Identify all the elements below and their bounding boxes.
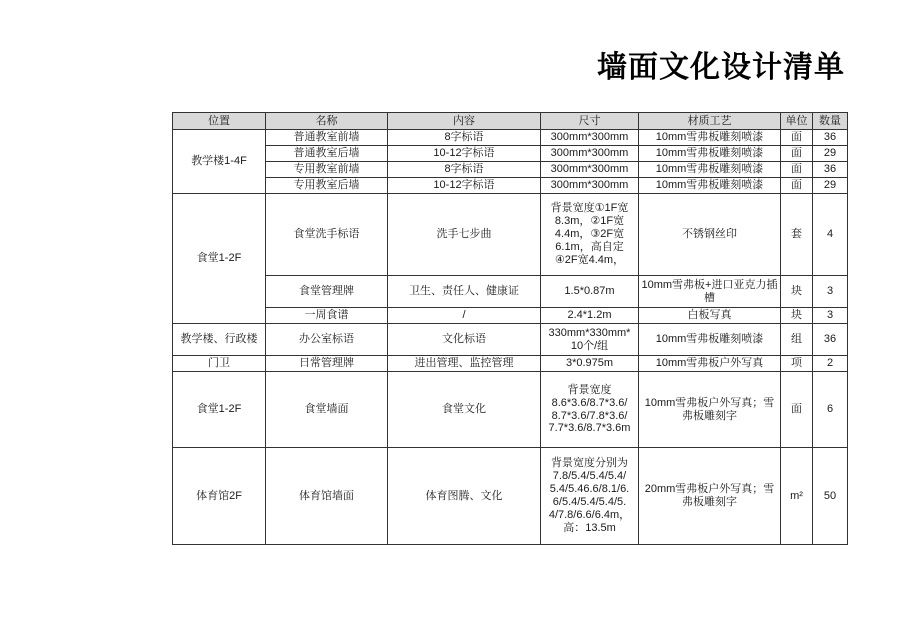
cell-size: 300mm*300mm <box>541 178 639 194</box>
cell-location: 门卫 <box>173 356 266 372</box>
cell-location: 教学楼1-4F <box>173 130 266 194</box>
cell-content: 10-12字标语 <box>388 178 541 194</box>
cell-content: 10-12字标语 <box>388 146 541 162</box>
cell-size: 1.5*0.87m <box>541 276 639 308</box>
table-row: 专用教室前墙8字标语300mm*300mm10mm雪弗板雕刻喷漆面36 <box>173 162 848 178</box>
column-header-1: 名称 <box>266 113 388 130</box>
cell-size: 3*0.975m <box>541 356 639 372</box>
cell-quantity: 4 <box>813 194 848 276</box>
cell-name: 普通教室后墙 <box>266 146 388 162</box>
cell-size: 300mm*300mm <box>541 146 639 162</box>
cell-name: 日常管理牌 <box>266 356 388 372</box>
cell-unit: 面 <box>781 372 813 448</box>
cell-location: 食堂1-2F <box>173 194 266 324</box>
cell-quantity: 6 <box>813 372 848 448</box>
column-header-0: 位置 <box>173 113 266 130</box>
cell-unit: 面 <box>781 146 813 162</box>
cell-unit: m² <box>781 448 813 545</box>
wall-culture-design-table: 位置名称内容尺寸材质工艺单位数量 教学楼1-4F普通教室前墙8字标语300mm*… <box>172 112 848 545</box>
cell-quantity: 3 <box>813 276 848 308</box>
cell-name: 食堂管理牌 <box>266 276 388 308</box>
table-header-row: 位置名称内容尺寸材质工艺单位数量 <box>173 113 848 130</box>
cell-content: 文化标语 <box>388 324 541 356</box>
cell-content: 8字标语 <box>388 162 541 178</box>
cell-location: 教学楼、行政楼 <box>173 324 266 356</box>
page-title: 墙面文化设计清单 <box>172 42 845 86</box>
cell-material: 20mm雪弗板户外写真；雪弗板雕刻字 <box>639 448 781 545</box>
cell-content: 进出管理、监控管理 <box>388 356 541 372</box>
cell-location: 体育馆2F <box>173 448 266 545</box>
cell-quantity: 36 <box>813 324 848 356</box>
cell-material: 10mm雪弗板+进口亚克力插槽 <box>639 276 781 308</box>
cell-unit: 套 <box>781 194 813 276</box>
column-header-4: 材质工艺 <box>639 113 781 130</box>
slide-canvas: 墙面文化设计清单 位置名称内容尺寸材质工艺单位数量 教学楼1-4F普通教室前墙8… <box>0 0 900 636</box>
table-row: 一周食谱/2.4*1.2m白板写真块3 <box>173 308 848 324</box>
table-row: 食堂1-2F食堂墙面食堂文化背景宽度 8.6*3.6/8.7*3.6/ 8.7*… <box>173 372 848 448</box>
cell-quantity: 2 <box>813 356 848 372</box>
cell-name: 专用教室后墙 <box>266 178 388 194</box>
column-header-6: 数量 <box>813 113 848 130</box>
table-row: 食堂管理牌卫生、责任人、健康证1.5*0.87m10mm雪弗板+进口亚克力插槽块… <box>173 276 848 308</box>
cell-material: 10mm雪弗板雕刻喷漆 <box>639 178 781 194</box>
column-header-3: 尺寸 <box>541 113 639 130</box>
column-header-5: 单位 <box>781 113 813 130</box>
cell-size: 2.4*1.2m <box>541 308 639 324</box>
cell-material: 10mm雪弗板户外写真 <box>639 356 781 372</box>
cell-unit: 面 <box>781 130 813 146</box>
cell-size: 背景宽度分别为 7.8/5.4/5.4/5.4/ 5.4/5.46.6/8.1/… <box>541 448 639 545</box>
cell-name: 食堂墙面 <box>266 372 388 448</box>
table-row: 体育馆2F体育馆墙面体育图腾、文化背景宽度分别为 7.8/5.4/5.4/5.4… <box>173 448 848 545</box>
table-row: 食堂1-2F食堂洗手标语洗手七步曲背景宽度①1F宽 8.3m，②1F宽 4.4m… <box>173 194 848 276</box>
cell-quantity: 29 <box>813 146 848 162</box>
cell-size: 300mm*300mm <box>541 162 639 178</box>
cell-unit: 块 <box>781 276 813 308</box>
cell-quantity: 36 <box>813 162 848 178</box>
cell-unit: 块 <box>781 308 813 324</box>
cell-unit: 组 <box>781 324 813 356</box>
cell-unit: 项 <box>781 356 813 372</box>
table-row: 门卫日常管理牌进出管理、监控管理3*0.975m10mm雪弗板户外写真项2 <box>173 356 848 372</box>
cell-unit: 面 <box>781 162 813 178</box>
cell-name: 专用教室前墙 <box>266 162 388 178</box>
cell-size: 背景宽度 8.6*3.6/8.7*3.6/ 8.7*3.6/7.8*3.6/ 7… <box>541 372 639 448</box>
cell-name: 一周食谱 <box>266 308 388 324</box>
cell-material: 白板写真 <box>639 308 781 324</box>
table-row: 教学楼1-4F普通教室前墙8字标语300mm*300mm10mm雪弗板雕刻喷漆面… <box>173 130 848 146</box>
cell-content: 卫生、责任人、健康证 <box>388 276 541 308</box>
cell-quantity: 36 <box>813 130 848 146</box>
cell-material: 10mm雪弗板户外写真；雪弗板雕刻字 <box>639 372 781 448</box>
cell-unit: 面 <box>781 178 813 194</box>
column-header-2: 内容 <box>388 113 541 130</box>
cell-material: 10mm雪弗板雕刻喷漆 <box>639 162 781 178</box>
cell-name: 食堂洗手标语 <box>266 194 388 276</box>
cell-name: 办公室标语 <box>266 324 388 356</box>
table-row: 专用教室后墙10-12字标语300mm*300mm10mm雪弗板雕刻喷漆面29 <box>173 178 848 194</box>
cell-location: 食堂1-2F <box>173 372 266 448</box>
cell-content: / <box>388 308 541 324</box>
cell-size: 300mm*300mm <box>541 130 639 146</box>
cell-quantity: 29 <box>813 178 848 194</box>
cell-content: 体育图腾、文化 <box>388 448 541 545</box>
cell-material: 10mm雪弗板雕刻喷漆 <box>639 324 781 356</box>
cell-size: 330mm*330mm* 10个/组 <box>541 324 639 356</box>
cell-name: 普通教室前墙 <box>266 130 388 146</box>
cell-quantity: 3 <box>813 308 848 324</box>
cell-name: 体育馆墙面 <box>266 448 388 545</box>
cell-material: 不锈钢丝印 <box>639 194 781 276</box>
cell-size: 背景宽度①1F宽 8.3m，②1F宽 4.4m，③2F宽 6.1m，高自定 ④2… <box>541 194 639 276</box>
cell-content: 洗手七步曲 <box>388 194 541 276</box>
cell-content: 8字标语 <box>388 130 541 146</box>
table-row: 教学楼、行政楼办公室标语文化标语330mm*330mm* 10个/组10mm雪弗… <box>173 324 848 356</box>
cell-material: 10mm雪弗板雕刻喷漆 <box>639 130 781 146</box>
table-row: 普通教室后墙10-12字标语300mm*300mm10mm雪弗板雕刻喷漆面29 <box>173 146 848 162</box>
cell-content: 食堂文化 <box>388 372 541 448</box>
cell-material: 10mm雪弗板雕刻喷漆 <box>639 146 781 162</box>
cell-quantity: 50 <box>813 448 848 545</box>
